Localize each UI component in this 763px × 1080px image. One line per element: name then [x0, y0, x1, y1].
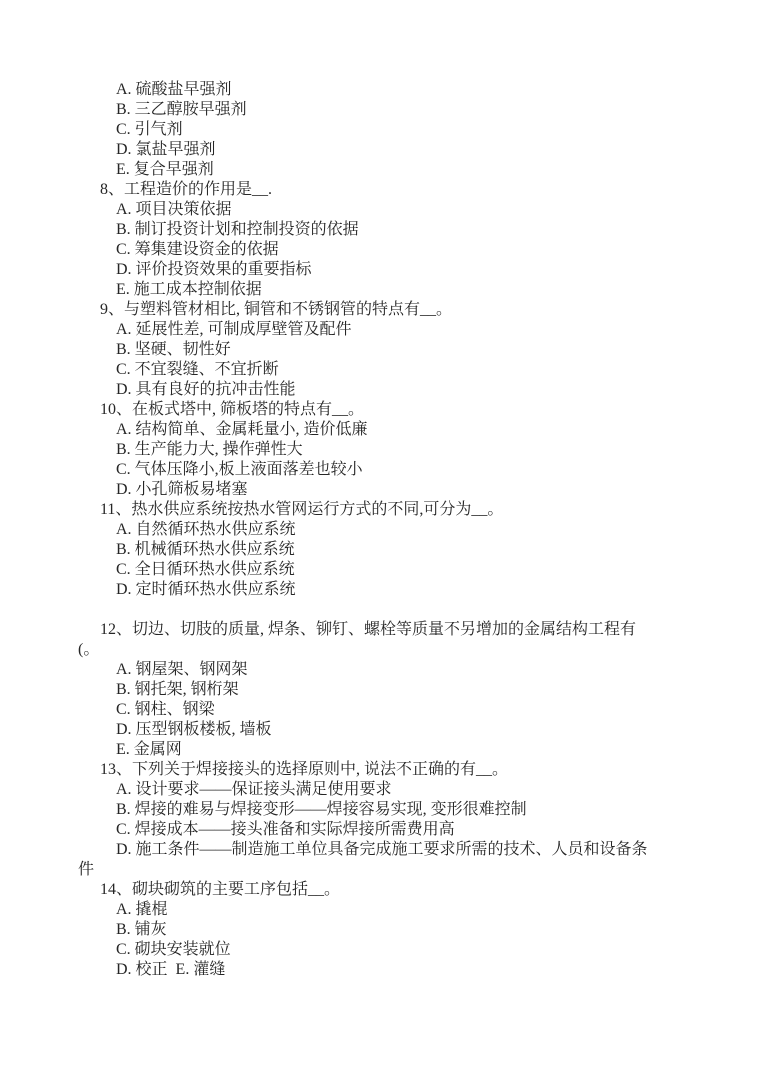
question-option: B. 机械循环热水供应系统	[78, 540, 656, 560]
question-stem: 12、切边、切肢的质量, 焊条、铆钉、螺栓等质量不另增加的金属结构工程有(。	[78, 620, 656, 660]
question-option: C. 引气剂	[78, 120, 656, 140]
question-option: D. 施工条件——制造施工单位具备完成施工要求所需的技术、人员和设备条件	[78, 840, 656, 880]
question-option: D. 定时循环热水供应系统	[78, 580, 656, 600]
question-option: B. 铺灰	[78, 920, 656, 940]
question-option: A. 项目决策依据	[78, 200, 656, 220]
question-option: A. 硫酸盐早强剂	[78, 80, 656, 100]
question-option: D. 校正 E. 灌缝	[78, 960, 656, 980]
question-option: B. 焊接的难易与焊接变形——焊接容易实现, 变形很难控制	[78, 800, 656, 820]
question-stem: 14、砌块砌筑的主要工序包括__。	[78, 880, 656, 900]
question-option: D. 氯盐早强剂	[78, 140, 656, 160]
question-option: A. 撬棍	[78, 900, 656, 920]
question-option: A. 钢屋架、钢网架	[78, 660, 656, 680]
question-block-12: 12、切边、切肢的质量, 焊条、铆钉、螺栓等质量不另增加的金属结构工程有(。 A…	[78, 620, 656, 760]
exam-document-page: A. 硫酸盐早强剂 B. 三乙醇胺早强剂 C. 引气剂 D. 氯盐早强剂 E. …	[0, 0, 763, 1080]
question-option: B. 三乙醇胺早强剂	[78, 100, 656, 120]
question-block-14: 14、砌块砌筑的主要工序包括__。 A. 撬棍 B. 铺灰 C. 砌块安装就位 …	[78, 880, 656, 980]
question-option: B. 生产能力大, 操作弹性大	[78, 440, 656, 460]
question-option: C. 气体压降小,板上液面落差也较小	[78, 460, 656, 480]
question-option: C. 焊接成本——接头准备和实际焊接所需费用高	[78, 820, 656, 840]
question-option: B. 坚硬、韧性好	[78, 340, 656, 360]
question-option: D. 评价投资效果的重要指标	[78, 260, 656, 280]
question-block-13: 13、下列关于焊接接头的选择原则中, 说法不正确的有__。 A. 设计要求——保…	[78, 760, 656, 880]
question-block-11: 11、热水供应系统按热水管网运行方式的不同,可分为__。 A. 自然循环热水供应…	[78, 500, 656, 600]
question-option: D. 具有良好的抗冲击性能	[78, 380, 656, 400]
question-option: E. 施工成本控制依据	[78, 280, 656, 300]
question-option: C. 筹集建设资金的依据	[78, 240, 656, 260]
question-option: A. 延展性差, 可制成厚壁管及配件	[78, 320, 656, 340]
question-stem: 13、下列关于焊接接头的选择原则中, 说法不正确的有__。	[78, 760, 656, 780]
question-block-8: 8、工程造价的作用是__. A. 项目决策依据 B. 制订投资计划和控制投资的依…	[78, 180, 656, 300]
question-option: D. 小孔筛板易堵塞	[78, 480, 656, 500]
question-option: C. 不宜裂缝、不宜折断	[78, 360, 656, 380]
question-stem: 9、与塑料管材相比, 铜管和不锈钢管的特点有__。	[78, 300, 656, 320]
question-option: D. 压型钢板楼板, 墙板	[78, 720, 656, 740]
question-option: A. 设计要求——保证接头满足使用要求	[78, 780, 656, 800]
question-option: B. 制订投资计划和控制投资的依据	[78, 220, 656, 240]
question-option: C. 砌块安装就位	[78, 940, 656, 960]
question-option: A. 结构简单、金属耗量小, 造价低廉	[78, 420, 656, 440]
question-block-9: 9、与塑料管材相比, 铜管和不锈钢管的特点有__。 A. 延展性差, 可制成厚壁…	[78, 300, 656, 400]
question-stem: 10、在板式塔中, 筛板塔的特点有__。	[78, 400, 656, 420]
question-option: C. 钢柱、钢梁	[78, 700, 656, 720]
question-stem: 8、工程造价的作用是__.	[78, 180, 656, 200]
question-block-10: 10、在板式塔中, 筛板塔的特点有__。 A. 结构简单、金属耗量小, 造价低廉…	[78, 400, 656, 500]
question-option: E. 复合早强剂	[78, 160, 656, 180]
question-block-7-partial: A. 硫酸盐早强剂 B. 三乙醇胺早强剂 C. 引气剂 D. 氯盐早强剂 E. …	[78, 80, 656, 180]
question-option: C. 全日循环热水供应系统	[78, 560, 656, 580]
question-stem: 11、热水供应系统按热水管网运行方式的不同,可分为__。	[78, 500, 656, 520]
question-option: B. 钢托架, 钢桁架	[78, 680, 656, 700]
question-option: A. 自然循环热水供应系统	[78, 520, 656, 540]
question-option: E. 金属网	[78, 740, 656, 760]
